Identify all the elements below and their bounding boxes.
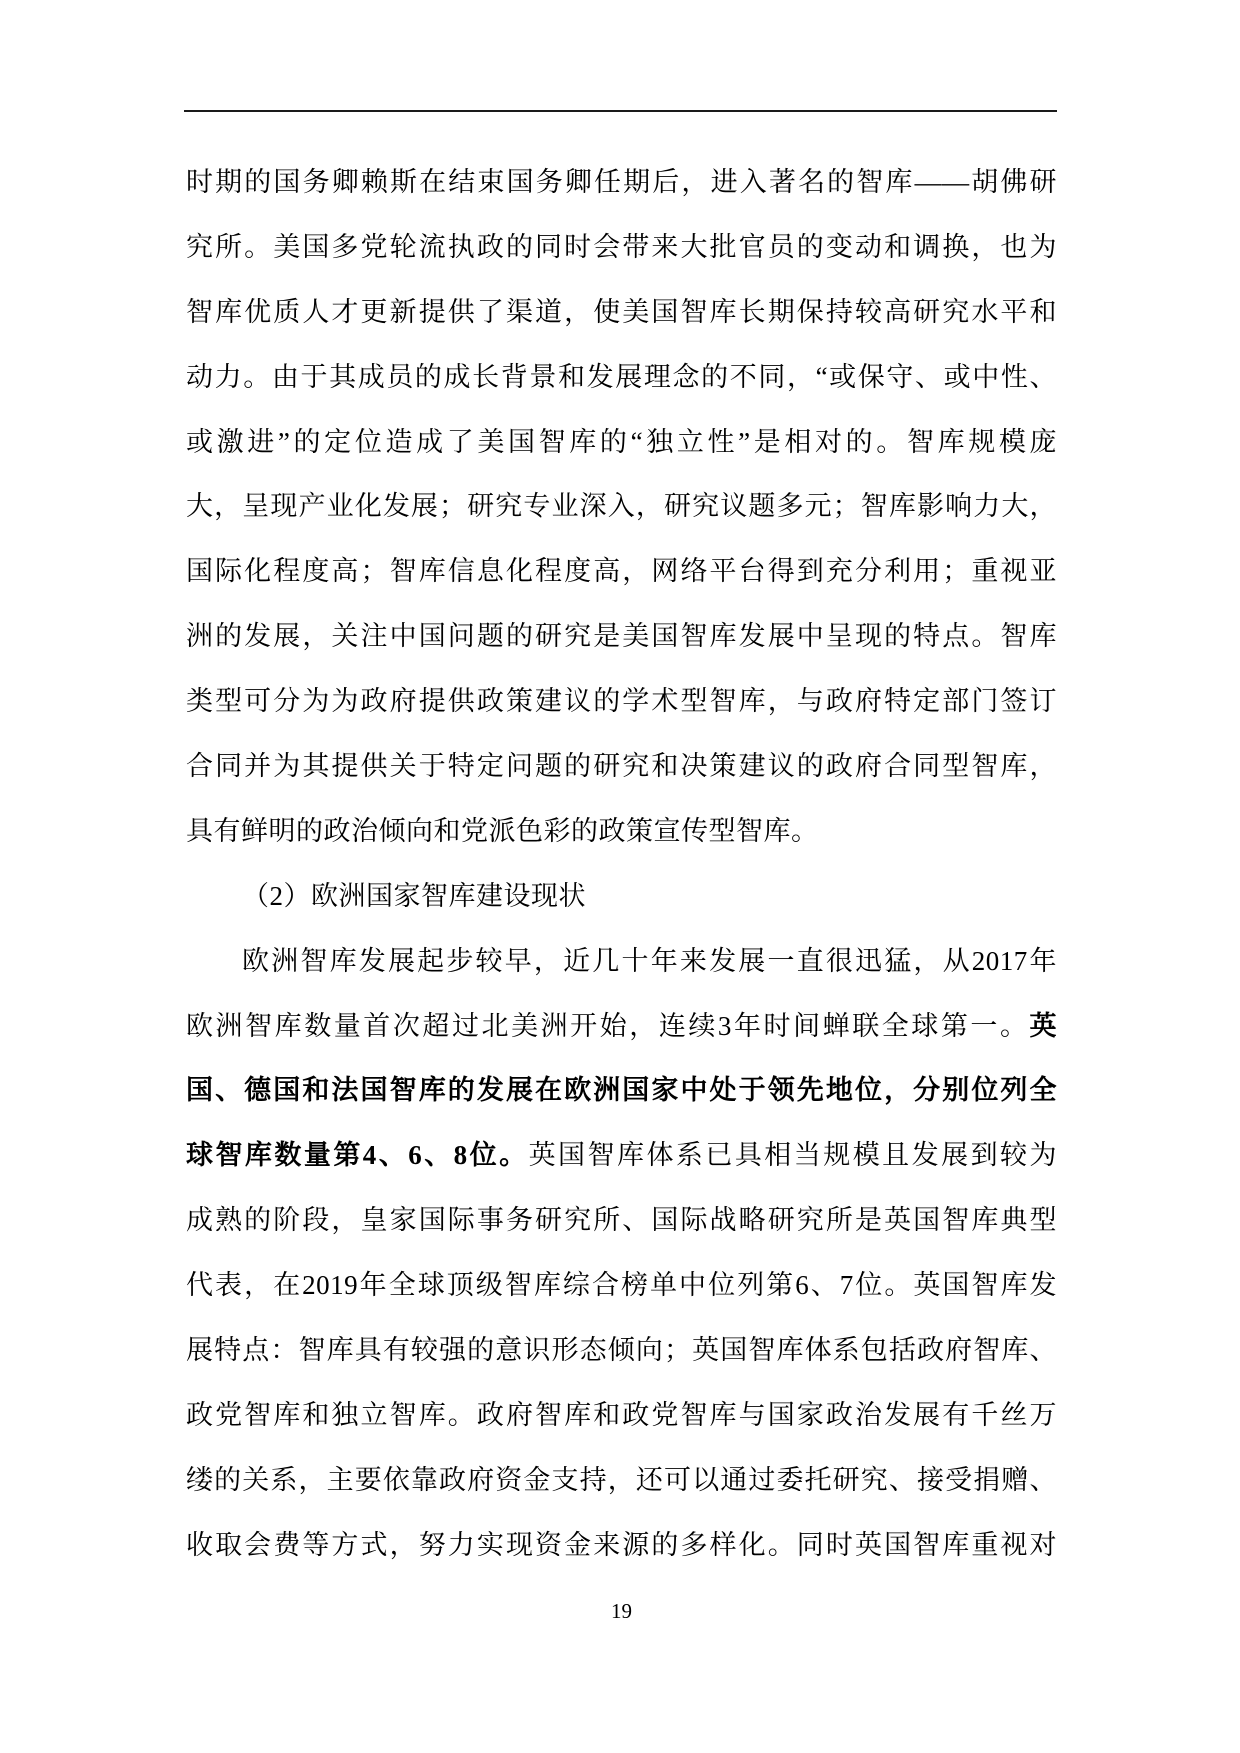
text-line: 收取会费等方式，努力实现资金来源的多样化。同时英国智库重视对: [186, 1513, 1057, 1578]
text-line: 政党智库和独立智库。政府智库和政党智库与国家政治发展有千丝万: [186, 1383, 1057, 1448]
text-line: 具有鲜明的政治倾向和党派色彩的政策宣传型智库。: [186, 799, 1057, 864]
text-line: 类型可分为为政府提供政策建议的学术型智库，与政府特定部门签订: [186, 669, 1057, 734]
page-number: 19: [186, 1596, 1057, 1626]
text-line: 国际化程度高；智库信息化程度高，网络平台得到充分利用；重视亚: [186, 539, 1057, 604]
text-segment: 展特点：智库具有较强的意识形态倾向；英国智库体系包括政府智库、: [186, 1335, 1057, 1365]
text-segment: 欧洲智库数量首次超过北美洲开始，连续3年时间蝉联全球第一。: [186, 1011, 1030, 1041]
text-line: 合同并为其提供关于特定问题的研究和决策建议的政府合同型智库，: [186, 734, 1057, 799]
document-body: 时期的国务卿赖斯在结束国务卿任期后，进入著名的智库——胡佛研究所。美国多党轮流执…: [186, 150, 1057, 1578]
text-line: 大，呈现产业化发展；研究专业深入，研究议题多元；智库影响力大，: [186, 474, 1057, 539]
text-line: 国、德国和法国智库的发展在欧洲国家中处于领先地位，分别位列全: [186, 1058, 1057, 1123]
text-line: 球智库数量第4、6、8位。英国智库体系已具相当规模且发展到较为: [186, 1123, 1057, 1188]
text-segment: 欧洲智库发展起步较早，近几十年来发展一直很迅猛，从2017年: [242, 946, 1057, 976]
text-segment: 合同并为其提供关于特定问题的研究和决策建议的政府合同型智库，: [186, 751, 1057, 781]
text-segment: 类型可分为为政府提供政策建议的学术型智库，与政府特定部门签订: [186, 686, 1057, 716]
text-segment: 收取会费等方式，努力实现资金来源的多样化。同时英国智库重视对: [186, 1530, 1057, 1560]
text-line: 智库优质人才更新提供了渠道，使美国智库长期保持较高研究水平和: [186, 280, 1057, 345]
text-segment: 成熟的阶段，皇家国际事务研究所、国际战略研究所是英国智库典型: [186, 1205, 1057, 1235]
bold-text-segment: 国、德国和法国智库的发展在欧洲国家中处于领先地位，分别位列全: [186, 1075, 1057, 1105]
text-segment: 洲的发展，关注中国问题的研究是美国智库发展中呈现的特点。智库: [186, 621, 1057, 651]
bold-text-segment: 球智库数量第4、6、8位。: [186, 1140, 529, 1170]
text-segment: 政党智库和独立智库。政府智库和政党智库与国家政治发展有千丝万: [186, 1400, 1057, 1430]
text-segment: 时期的国务卿赖斯在结束国务卿任期后，进入著名的智库——胡佛研: [186, 167, 1057, 197]
text-line: 代表，在2019年全球顶级智库综合榜单中位列第6、7位。英国智库发: [186, 1253, 1057, 1318]
text-line: 欧洲智库数量首次超过北美洲开始，连续3年时间蝉联全球第一。英: [186, 994, 1057, 1059]
text-segment: 缕的关系，主要依靠政府资金支持，还可以通过委托研究、接受捐赠、: [186, 1465, 1057, 1495]
text-segment: （2）欧洲国家智库建设现状: [242, 881, 586, 911]
text-segment: 国际化程度高；智库信息化程度高，网络平台得到充分利用；重视亚: [186, 556, 1057, 586]
text-line: 成熟的阶段，皇家国际事务研究所、国际战略研究所是英国智库典型: [186, 1188, 1057, 1253]
text-segment: 具有鲜明的政治倾向和党派色彩的政策宣传型智库。: [186, 816, 819, 846]
text-line: 展特点：智库具有较强的意识形态倾向；英国智库体系包括政府智库、: [186, 1318, 1057, 1383]
text-segment: 智库优质人才更新提供了渠道，使美国智库长期保持较高研究水平和: [186, 297, 1057, 327]
header-rule: [184, 110, 1057, 112]
text-line: 缕的关系，主要依靠政府资金支持，还可以通过委托研究、接受捐赠、: [186, 1448, 1057, 1513]
text-line: 动力。由于其成员的成长背景和发展理念的不同，“或保守、或中性、: [186, 345, 1057, 410]
text-segment: 究所。美国多党轮流执政的同时会带来大批官员的变动和调换，也为: [186, 232, 1057, 262]
text-line: （2）欧洲国家智库建设现状: [186, 864, 1057, 929]
text-line: 欧洲智库发展起步较早，近几十年来发展一直很迅猛，从2017年: [186, 929, 1057, 994]
bold-text-segment: 英: [1030, 1011, 1058, 1041]
document-page: 时期的国务卿赖斯在结束国务卿任期后，进入著名的智库——胡佛研究所。美国多党轮流执…: [0, 0, 1240, 1753]
text-segment: 或激进”的定位造成了美国智库的“独立性”是相对的。智库规模庞: [186, 427, 1057, 457]
text-segment: 大，呈现产业化发展；研究专业深入，研究议题多元；智库影响力大，: [186, 491, 1057, 521]
text-segment: 英国智库体系已具相当规模且发展到较为: [529, 1140, 1057, 1170]
text-line: 时期的国务卿赖斯在结束国务卿任期后，进入著名的智库——胡佛研: [186, 150, 1057, 215]
text-segment: 代表，在2019年全球顶级智库综合榜单中位列第6、7位。英国智库发: [186, 1270, 1057, 1300]
text-line: 洲的发展，关注中国问题的研究是美国智库发展中呈现的特点。智库: [186, 604, 1057, 669]
text-segment: 动力。由于其成员的成长背景和发展理念的不同，“或保守、或中性、: [186, 362, 1057, 392]
text-line: 究所。美国多党轮流执政的同时会带来大批官员的变动和调换，也为: [186, 215, 1057, 280]
text-line: 或激进”的定位造成了美国智库的“独立性”是相对的。智库规模庞: [186, 410, 1057, 475]
